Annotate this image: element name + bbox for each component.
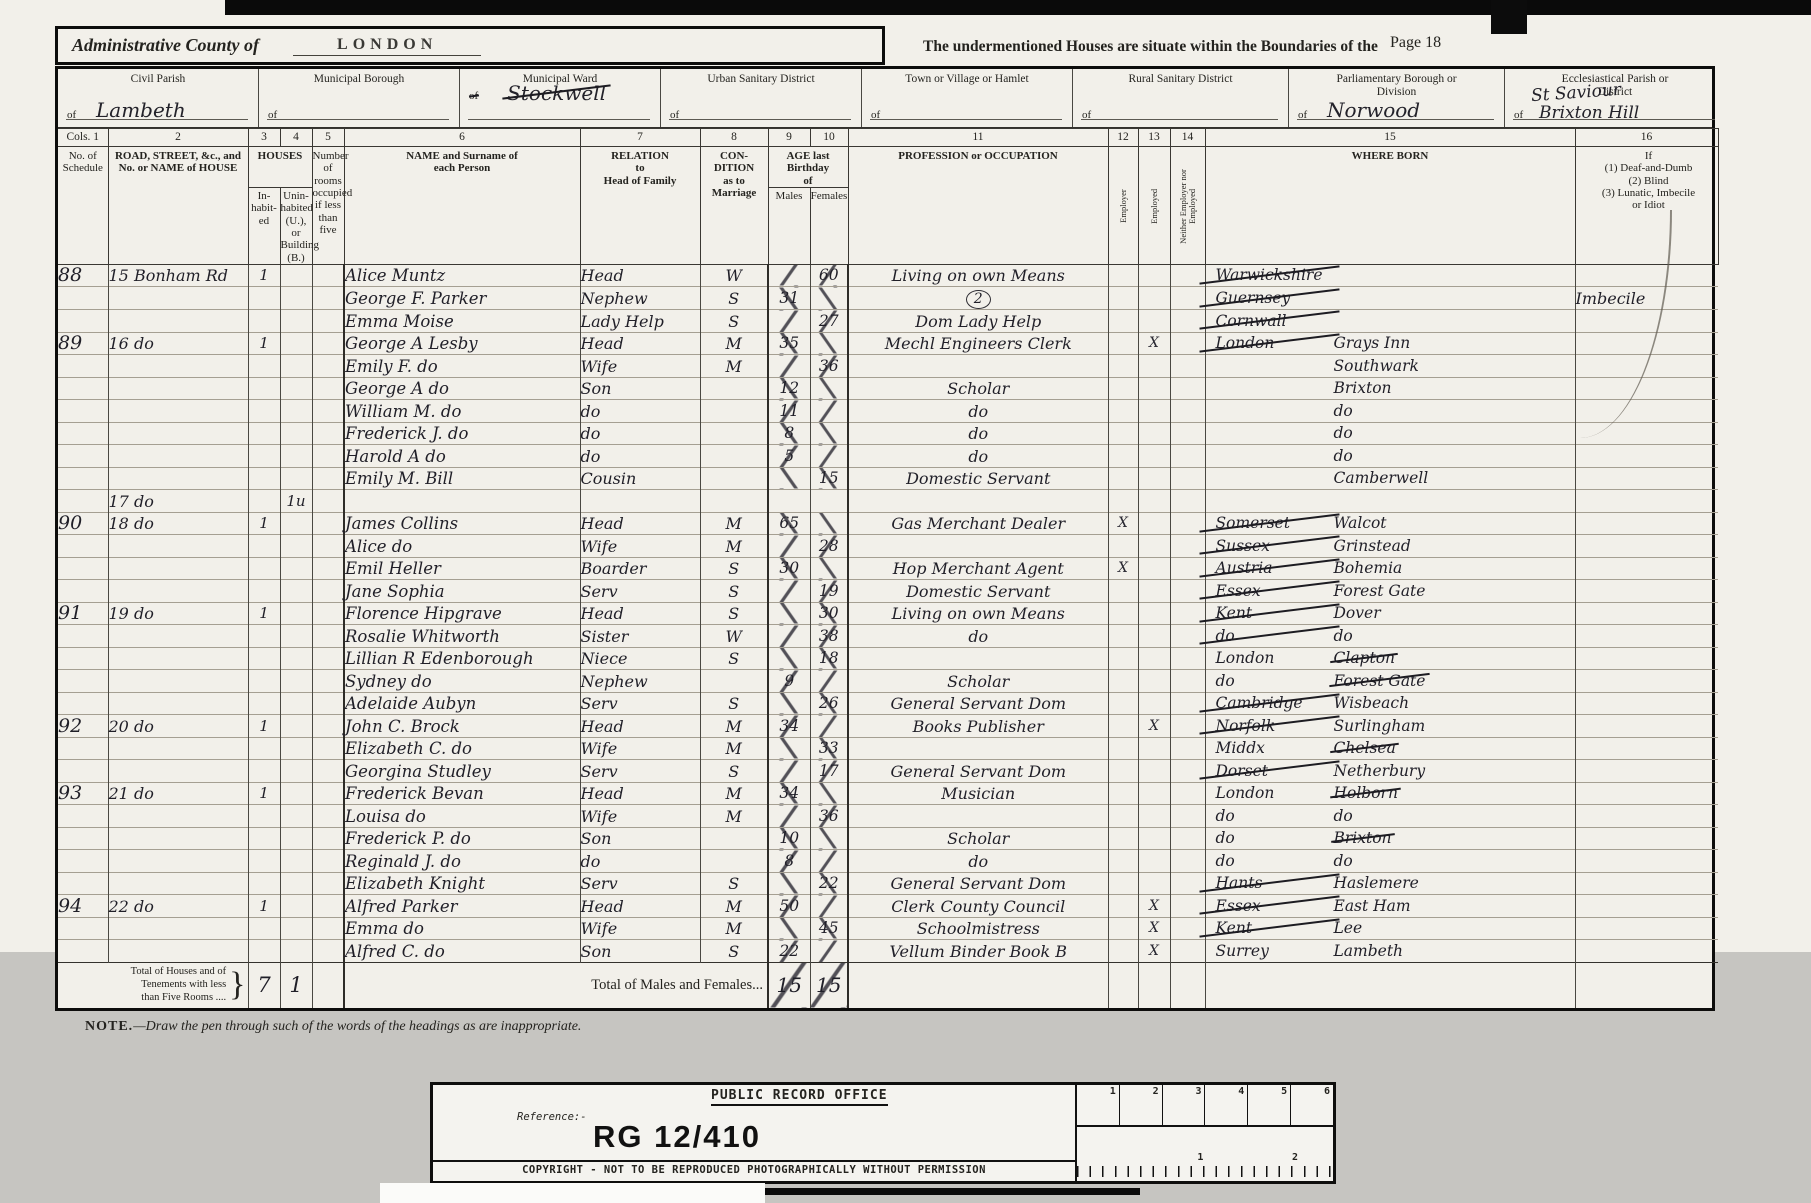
age-male: 30 — [768, 557, 810, 580]
employer-mark — [1108, 400, 1138, 423]
employed-mark — [1138, 827, 1170, 850]
employer-mark — [1108, 872, 1138, 895]
col-uninhabited-header: Unin- habited (U.), or Building (B.) — [280, 187, 312, 264]
schedule-no — [58, 400, 108, 423]
ruler-inches: 123456 — [1077, 1085, 1333, 1127]
houses-inhabited — [248, 445, 280, 468]
age-female: 30 — [810, 602, 848, 625]
born-county: London — [1206, 783, 1334, 804]
occupation-text: Scholar — [947, 672, 1009, 691]
born-county: London — [1206, 648, 1334, 669]
page-number: Page 18 — [1390, 34, 1441, 52]
employer-mark — [1108, 670, 1138, 693]
occupation-text: General Servant Dom — [890, 762, 1066, 781]
where-born: AustriaBohemia — [1205, 557, 1575, 580]
rooms — [312, 647, 344, 670]
district-of: of — [67, 109, 76, 121]
census-row: Elizabeth C. doWifeM33MiddxChelsea — [58, 737, 1718, 760]
schedule-no: 88 — [58, 264, 108, 287]
age-female — [810, 422, 848, 445]
rooms — [312, 512, 344, 535]
employed-mark — [1138, 782, 1170, 805]
employed-mark — [1138, 557, 1170, 580]
where-born: dodo — [1205, 805, 1575, 828]
occupation: Domestic Servant — [848, 467, 1108, 490]
age-female — [810, 850, 848, 873]
infirmity — [1575, 670, 1718, 693]
condition: S — [700, 872, 768, 895]
column-number: 6 — [344, 129, 580, 147]
neither-mark — [1170, 377, 1205, 400]
schedule-no — [58, 692, 108, 715]
person-name: George A Lesby — [344, 332, 580, 355]
infirmity — [1575, 602, 1718, 625]
where-born: dodo — [1205, 850, 1575, 873]
houses-inhabited: 1 — [248, 332, 280, 355]
census-row: George A doSon12ScholarBrixton — [58, 377, 1718, 400]
employed-mark: X — [1138, 940, 1170, 963]
condition: M — [700, 895, 768, 918]
column-number: 11 — [848, 129, 1108, 147]
where-born: do — [1205, 400, 1575, 423]
born-county: Kent — [1206, 603, 1334, 624]
ruler-inch-segment: 2 — [1120, 1085, 1163, 1125]
houses-total-uninhabited: 1 — [280, 962, 312, 1008]
age-male — [768, 647, 810, 670]
col-age-header: AGE last Birthday of — [768, 147, 848, 188]
district-of: of — [1082, 109, 1091, 121]
col-road-header: ROAD, STREET, &c., and No. or NAME of HO… — [108, 147, 248, 265]
occupation: General Servant Dom — [848, 760, 1108, 783]
born-place: Brixton — [1334, 379, 1392, 397]
schedule-no — [58, 377, 108, 400]
rooms — [312, 692, 344, 715]
neither-mark — [1170, 850, 1205, 873]
col-houses-header: HOUSES — [248, 147, 312, 188]
schedule-no: 93 — [58, 782, 108, 805]
person-name: Florence Hipgrave — [344, 602, 580, 625]
rooms — [312, 580, 344, 603]
born-place: Surlingham — [1334, 717, 1426, 735]
column-number: 10 — [810, 129, 848, 147]
infirmity — [1575, 490, 1718, 513]
infirmity — [1575, 805, 1718, 828]
pro-reference-stamp: PUBLIC RECORD OFFICE Reference:- RG 12/4… — [430, 1082, 1336, 1184]
employer-mark — [1108, 895, 1138, 918]
person-name: George F. Parker — [344, 287, 580, 310]
col-condition-header: CON- DITION as to Marriage — [700, 147, 768, 265]
born-place: Bohemia — [1334, 559, 1403, 577]
age-female: 33 — [810, 737, 848, 760]
condition: M — [700, 917, 768, 940]
road-name — [108, 580, 248, 603]
occupation-text: Schoolmistress — [917, 919, 1040, 938]
employed-mark: X — [1138, 332, 1170, 355]
employed-mark — [1138, 602, 1170, 625]
neither-mark — [1170, 422, 1205, 445]
neither-mark — [1170, 467, 1205, 490]
road-name: 21 do — [108, 782, 248, 805]
infirmity — [1575, 827, 1718, 850]
stamp-rulers: 123456 1 2 — [1075, 1085, 1333, 1181]
employer-mark — [1108, 490, 1138, 513]
where-born: LondonClapton — [1205, 647, 1575, 670]
district-write-line — [669, 119, 851, 120]
person-name: Emily M. Bill — [344, 467, 580, 490]
houses-uninhabited — [280, 940, 312, 963]
occupation: Dom Lady Help — [848, 310, 1108, 333]
road-name — [108, 805, 248, 828]
district-label: Civil Parish — [58, 69, 258, 86]
infirmity — [1575, 557, 1718, 580]
occupation: Musician — [848, 782, 1108, 805]
born-place: Holborn — [1334, 783, 1398, 804]
district-cell: Rural Sanitary Districtof — [1072, 69, 1288, 127]
neither-mark — [1170, 647, 1205, 670]
employed-mark: X — [1138, 917, 1170, 940]
employed-mark — [1138, 512, 1170, 535]
road-name — [108, 287, 248, 310]
where-born: Brixton — [1205, 377, 1575, 400]
condition: M — [700, 805, 768, 828]
census-scan-page: { "page": { "admin_label": "Administrati… — [0, 0, 1811, 1203]
district-of: of — [1514, 109, 1523, 121]
born-county: do — [1206, 828, 1334, 849]
neither-mark — [1170, 670, 1205, 693]
employed-mark — [1138, 490, 1170, 513]
stamp-copyright-line: COPYRIGHT - NOT TO BE REPRODUCED PHOTOGR… — [433, 1160, 1075, 1181]
employer-mark — [1108, 602, 1138, 625]
district-write-line — [870, 119, 1062, 120]
employed-total-empty — [1138, 962, 1170, 1008]
road-name — [108, 647, 248, 670]
schedule-no — [58, 445, 108, 468]
age-male — [768, 872, 810, 895]
age-female — [810, 895, 848, 918]
infirmity — [1575, 850, 1718, 873]
age-female — [810, 445, 848, 468]
born-place: do — [1334, 627, 1353, 645]
relation: Cousin — [580, 467, 700, 490]
district-of: of — [268, 109, 277, 121]
stamp-office-title: PUBLIC RECORD OFFICE — [711, 1088, 888, 1106]
employer-mark — [1108, 715, 1138, 738]
age-female: 19 — [810, 580, 848, 603]
houses-uninhabited — [280, 535, 312, 558]
census-row: William M. dodo11dodo — [58, 400, 1718, 423]
occupation: do — [848, 850, 1108, 873]
houses-uninhabited — [280, 332, 312, 355]
census-row: Alfred C. doSonS22Vellum Binder Book BXS… — [58, 940, 1718, 963]
column-number: 4 — [280, 129, 312, 147]
road-name — [108, 872, 248, 895]
occupation: Living on own Means — [848, 602, 1108, 625]
employer-mark — [1108, 580, 1138, 603]
houses-uninhabited — [280, 760, 312, 783]
age-male: 35 — [768, 332, 810, 355]
occupation-text: Domestic Servant — [906, 582, 1050, 601]
person-name: Emma do — [344, 917, 580, 940]
where-born: EssexForest Gate — [1205, 580, 1575, 603]
district-write-line — [267, 119, 449, 120]
occupation-text: Hop Merchant Agent — [893, 559, 1064, 578]
schedule-no — [58, 850, 108, 873]
person-name: Emily F. do — [344, 355, 580, 378]
age-female — [810, 512, 848, 535]
district-value: Norwood — [1327, 98, 1420, 122]
form-frame: Civil ParishofLambethMunicipal Boroughof… — [55, 66, 1715, 1011]
employer-mark — [1108, 422, 1138, 445]
census-form: Administrative County of LONDON The unde… — [55, 26, 1715, 1035]
houses-uninhabited — [280, 647, 312, 670]
neither-total-empty — [1170, 962, 1205, 1008]
occupation: Living on own Means — [848, 264, 1108, 287]
age-male — [768, 625, 810, 648]
employer-mark — [1108, 647, 1138, 670]
where-born: EssexEast Ham — [1205, 895, 1575, 918]
occupation-text: do — [968, 402, 988, 421]
person-name: Louisa do — [344, 805, 580, 828]
houses-uninhabited — [280, 422, 312, 445]
condition — [700, 377, 768, 400]
neither-mark — [1170, 737, 1205, 760]
person-name: Jane Sophia — [344, 580, 580, 603]
age-male: 12 — [768, 377, 810, 400]
census-row: Emma doWifeM45SchoolmistressXKentLee — [58, 917, 1718, 940]
born-county: Dorset — [1206, 761, 1334, 782]
houses-uninhabited — [280, 715, 312, 738]
employer-mark — [1108, 287, 1138, 310]
born-place: Haslemere — [1334, 874, 1419, 892]
age-male — [768, 535, 810, 558]
houses-inhabited: 1 — [248, 264, 280, 287]
infirmity — [1575, 535, 1718, 558]
footnote: NOTE.—Draw the pen through such of the w… — [85, 1019, 1715, 1035]
where-born: do — [1205, 445, 1575, 468]
district-of: of — [871, 109, 880, 121]
born-place: do — [1334, 807, 1353, 825]
employer-mark — [1108, 377, 1138, 400]
road-name: 22 do — [108, 895, 248, 918]
condition: S — [700, 602, 768, 625]
age-male: 65 — [768, 512, 810, 535]
person-name: Adelaide Aubyn — [344, 692, 580, 715]
age-female — [810, 490, 848, 513]
infirmity — [1575, 512, 1718, 535]
age-male — [768, 737, 810, 760]
houses-inhabited — [248, 670, 280, 693]
infirmity — [1575, 625, 1718, 648]
infirmity — [1575, 872, 1718, 895]
occupation-text: Scholar — [947, 829, 1009, 848]
col-name-header: NAME and Surname of each Person — [344, 147, 580, 265]
age-female — [810, 715, 848, 738]
employed-mark — [1138, 647, 1170, 670]
age-female — [810, 557, 848, 580]
born-county: Essex — [1206, 581, 1334, 602]
houses-total-label: Total of Houses and of Tenements with le… — [58, 962, 248, 1008]
rooms — [312, 827, 344, 850]
ruler-inch-segment: 3 — [1163, 1085, 1206, 1125]
employed-mark — [1138, 377, 1170, 400]
condition — [700, 490, 768, 513]
born-place: Clapton — [1334, 648, 1396, 669]
born-county: do — [1206, 671, 1334, 692]
rooms — [312, 782, 344, 805]
houses-total-inhabited: 7 — [248, 962, 280, 1008]
person-name: Lillian R Edenborough — [344, 647, 580, 670]
occupation: Scholar — [848, 377, 1108, 400]
district-cell: Urban Sanitary Districtof — [660, 69, 861, 127]
houses-uninhabited — [280, 355, 312, 378]
occupation: 2 — [848, 287, 1108, 310]
ruler-inch-segment: 6 — [1291, 1085, 1333, 1125]
age-female: 45 — [810, 917, 848, 940]
district-label: Parliamentary Borough or Division — [1289, 69, 1504, 99]
houses-inhabited — [248, 400, 280, 423]
col-employed-header: Employed — [1138, 147, 1170, 265]
condition: M — [700, 512, 768, 535]
col-whereborn-header: WHERE BORN — [1205, 147, 1575, 265]
boundaries-heading: The undermentioned Houses are situate wi… — [923, 38, 1443, 56]
person-name: Elizabeth Knight — [344, 872, 580, 895]
person-name: James Collins — [344, 512, 580, 535]
occupation: Domestic Servant — [848, 580, 1108, 603]
occupation-text: Mechl Engineers Clerk — [885, 334, 1072, 353]
employer-mark — [1108, 917, 1138, 940]
relation: do — [580, 850, 700, 873]
houses-uninhabited — [280, 895, 312, 918]
condition: M — [700, 737, 768, 760]
road-name — [108, 535, 248, 558]
where-born: DorsetNetherbury — [1205, 760, 1575, 783]
rooms — [312, 715, 344, 738]
road-name — [108, 692, 248, 715]
schedule-no — [58, 467, 108, 490]
relation: Head — [580, 715, 700, 738]
employed-mark — [1138, 287, 1170, 310]
born-county: Cornwall — [1206, 311, 1334, 332]
condition — [700, 400, 768, 423]
occupation-text: Musician — [941, 784, 1015, 803]
occupation — [848, 737, 1108, 760]
houses-uninhabited — [280, 580, 312, 603]
condition — [700, 445, 768, 468]
relation: Son — [580, 377, 700, 400]
houses-uninhabited — [280, 287, 312, 310]
footnote-text: —Draw the pen through such of the words … — [133, 1019, 581, 1034]
employer-mark — [1108, 692, 1138, 715]
district-label: Rural Sanitary District — [1073, 69, 1288, 86]
condition — [700, 670, 768, 693]
employed-mark — [1138, 805, 1170, 828]
employed-mark — [1138, 535, 1170, 558]
neither-mark — [1170, 445, 1205, 468]
infirmity — [1575, 917, 1718, 940]
relation: Serv — [580, 872, 700, 895]
houses-inhabited — [248, 827, 280, 850]
relation: Wife — [580, 355, 700, 378]
born-place: Forest Gate — [1334, 671, 1426, 692]
age-male — [768, 355, 810, 378]
born-county: Middx — [1206, 738, 1334, 759]
relation: Head — [580, 264, 700, 287]
where-born: doBrixton — [1205, 827, 1575, 850]
employer-mark — [1108, 782, 1138, 805]
census-row: Frederick J. dodo8dodo — [58, 422, 1718, 445]
occupation-text: Gas Merchant Dealer — [891, 514, 1065, 533]
road-name — [108, 940, 248, 963]
where-born: Camberwell — [1205, 467, 1575, 490]
employer-mark — [1108, 355, 1138, 378]
ruler-cm: 1 2 — [1077, 1127, 1333, 1177]
rooms — [312, 264, 344, 287]
age-female: 36 — [810, 805, 848, 828]
houses-uninhabited — [280, 512, 312, 535]
houses-inhabited — [248, 850, 280, 873]
age-male: 9 — [768, 670, 810, 693]
where-born: do — [1205, 422, 1575, 445]
born-county: Kent — [1206, 918, 1334, 939]
rooms — [312, 535, 344, 558]
person-name — [344, 490, 580, 513]
age-female — [810, 827, 848, 850]
houses-uninhabited — [280, 850, 312, 873]
occupation-text: do — [968, 627, 988, 646]
age-female: 60 — [810, 264, 848, 287]
born-county: Cambridge — [1206, 693, 1334, 714]
schedule-no — [58, 557, 108, 580]
occupation-text: Living on own Means — [892, 604, 1065, 623]
person-name: Georgina Studley — [344, 760, 580, 783]
occupation-text: Living on own Means — [892, 266, 1065, 285]
schedule-no — [58, 422, 108, 445]
census-row: 8916 do1George A LesbyHeadM35Mechl Engin… — [58, 332, 1718, 355]
rooms — [312, 602, 344, 625]
district-write-line — [1081, 119, 1278, 120]
born-total-empty — [1205, 962, 1575, 1008]
employer-mark — [1108, 760, 1138, 783]
occupation — [848, 805, 1108, 828]
ruler-cm-label-1: 1 — [1197, 1152, 1203, 1163]
age-male: 22 — [768, 940, 810, 963]
schedule-no: 94 — [58, 895, 108, 918]
column-number: 14 — [1170, 129, 1205, 147]
born-place: Walcot — [1334, 514, 1387, 532]
rooms — [312, 422, 344, 445]
neither-mark — [1170, 400, 1205, 423]
road-name — [108, 467, 248, 490]
houses-inhabited — [248, 377, 280, 400]
houses-uninhabited — [280, 805, 312, 828]
born-county: Surrey — [1206, 941, 1334, 962]
houses-uninhabited — [280, 400, 312, 423]
column-numbers-row: Cols. 12345678910111213141516 — [58, 129, 1718, 147]
occupation — [848, 490, 1108, 513]
houses-inhabited — [248, 805, 280, 828]
neither-mark — [1170, 355, 1205, 378]
houses-inhabited — [248, 917, 280, 940]
occupation: Gas Merchant Dealer — [848, 512, 1108, 535]
totals-row: Total of Houses and of Tenements with le… — [58, 962, 1718, 1008]
infirmity — [1575, 647, 1718, 670]
occupation-text: Books Publisher — [913, 717, 1044, 736]
condition — [700, 467, 768, 490]
person-name: John C. Brock — [344, 715, 580, 738]
condition: S — [700, 580, 768, 603]
relation: Head — [580, 895, 700, 918]
schedule-no — [58, 310, 108, 333]
